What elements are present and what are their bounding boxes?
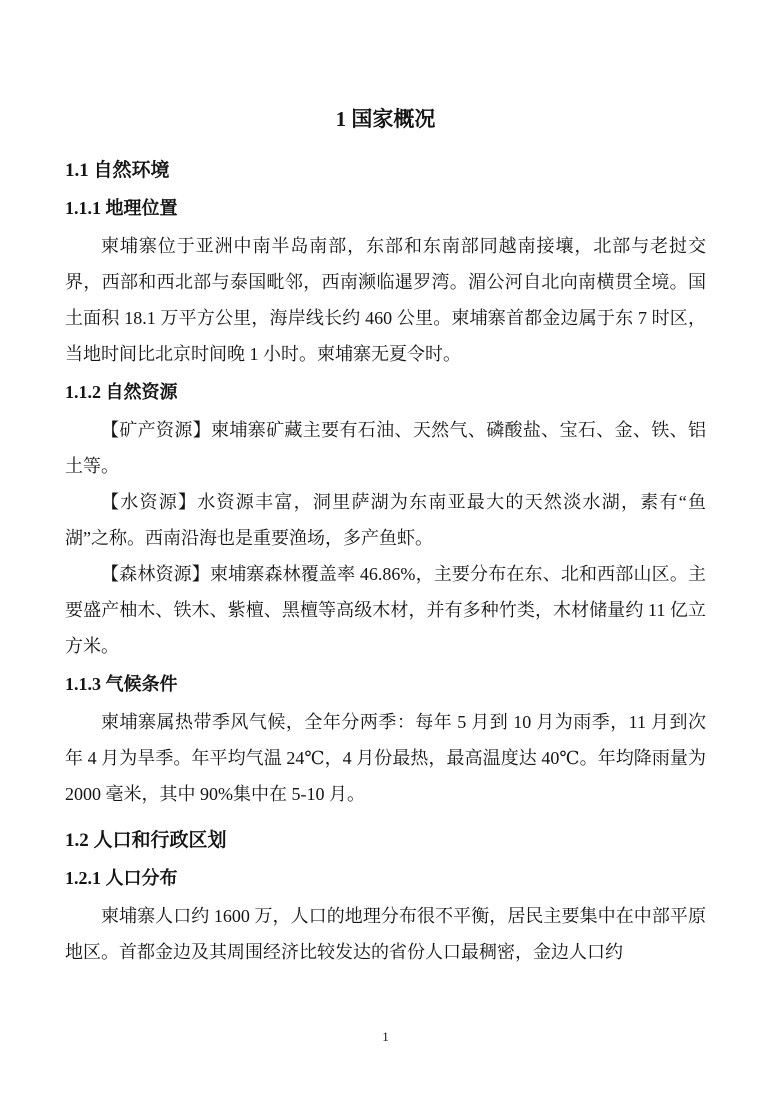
page-footer: 1 [0,1028,771,1046]
paragraph-forest-resources: 【森林资源】柬埔寨森林覆盖率 46.86%，主要分布在东、北和西部山区。主要盛产… [65,556,706,664]
paragraph-water-resources: 【水资源】水资源丰富，洞里萨湖为东南亚最大的天然淡水湖，素有“鱼湖”之称。西南沿… [65,484,706,556]
paragraph-geography: 柬埔寨位于亚洲中南半岛南部，东部和东南部同越南接壤，北部与老挝交界，西部和西北部… [65,228,706,372]
section-heading-1-1: 1.1 自然环境 [65,156,706,186]
paragraph-climate: 柬埔寨属热带季风气候，全年分两季：每年 5 月到 10 月为雨季，11 月到次年… [65,704,706,812]
subsection-heading-1-1-1: 1.1.1 地理位置 [65,194,706,222]
subsection-heading-1-1-3: 1.1.3 气候条件 [65,670,706,698]
paragraph-mineral-resources: 【矿产资源】柬埔寨矿藏主要有石油、天然气、磷酸盐、宝石、金、铁、铝土等。 [65,412,706,484]
paragraph-population: 柬埔寨人口约 1600 万，人口的地理分布很不平衡，居民主要集中在中部平原地区。… [65,898,706,970]
document-title: 1 国家概况 [65,104,706,134]
document-page: 1 国家概况 1.1 自然环境 1.1.1 地理位置 柬埔寨位于亚洲中南半岛南部… [0,0,771,1099]
page-number: 1 [382,1029,389,1044]
section-heading-1-2: 1.2 人口和行政区划 [65,826,706,856]
subsection-heading-1-2-1: 1.2.1 人口分布 [65,864,706,892]
subsection-heading-1-1-2: 1.1.2 自然资源 [65,378,706,406]
